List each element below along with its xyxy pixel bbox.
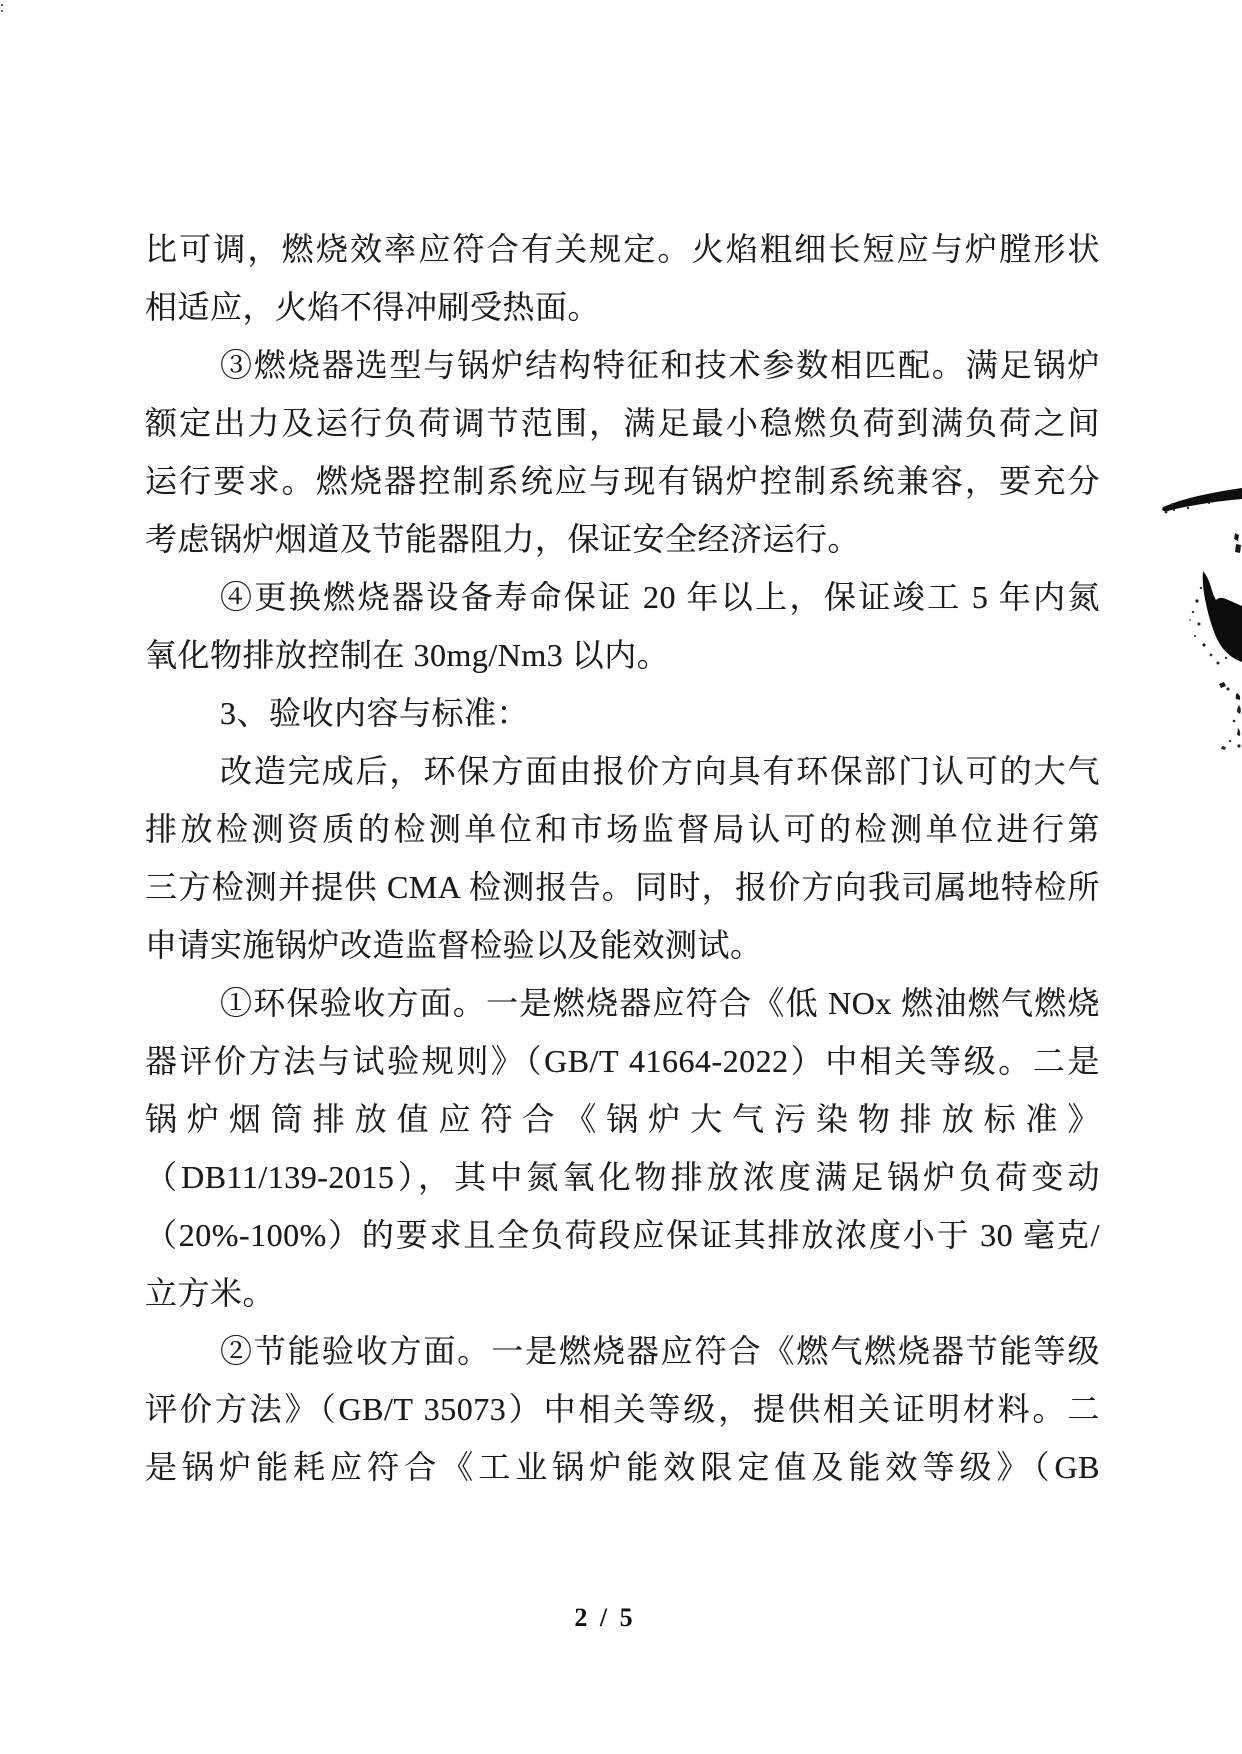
page-footer: 2 / 5 xyxy=(0,1603,1242,1633)
text-line-18: （20%-100%）的要求且全负荷段应保证其排放浓度小于 30 毫克/ xyxy=(145,1206,1100,1264)
text-line-5: 运行要求。燃烧器控制系统应与现有锅炉控制系统兼容，要充分 xyxy=(145,452,1100,510)
text-line-4: 额定出力及运行负荷调节范围，满足最小稳燃负荷到满负荷之间 xyxy=(145,394,1100,452)
text-line-22: 是锅炉能耗应符合《工业锅炉能效限定值及能效等级》（GB xyxy=(145,1438,1100,1496)
text-line-13: 申请实施锅炉改造监督检验以及能效测试。 xyxy=(145,916,1100,974)
text-line-11: 排放检测资质的检测单位和市场监督局认可的检测单位进行第 xyxy=(145,800,1100,858)
page-number: 2 / 5 xyxy=(574,1603,635,1633)
text-line-1: 比可调，燃烧效率应符合有关规定。火焰粗细长短应与炉膛形状 xyxy=(145,220,1100,278)
text-line-8: 氧化物排放控制在 30mg/Nm3 以内。 xyxy=(145,626,1100,684)
text-line-17: （DB11/139-2015），其中氮氧化物排放浓度满足锅炉负荷变动 xyxy=(145,1148,1100,1206)
scan-speck xyxy=(1,4,3,6)
document-body: 比可调，燃烧效率应符合有关规定。火焰粗细长短应与炉膛形状相适应，火焰不得冲刷受热… xyxy=(145,220,1100,1496)
text-line-21: 评价方法》（GB/T 35073）中相关等级，提供相关证明材料。二 xyxy=(145,1380,1100,1438)
scanned-document-page: 比可调，燃烧效率应符合有关规定。火焰粗细长短应与炉膛形状相适应，火焰不得冲刷受热… xyxy=(0,0,1242,1754)
text-line-16: 锅炉烟筒排放值应符合《锅炉大气污染物排放标准》 xyxy=(145,1090,1100,1148)
text-line-14: ①环保验收方面。一是燃烧器应符合《低 NOx 燃油燃气燃烧 xyxy=(145,974,1100,1032)
text-line-3: ③燃烧器选型与锅炉结构特征和技术参数相匹配。满足锅炉 xyxy=(145,336,1100,394)
text-line-20: ②节能验收方面。一是燃烧器应符合《燃气燃烧器节能等级 xyxy=(145,1322,1100,1380)
text-line-2: 相适应，火焰不得冲刷受热面。 xyxy=(145,278,1100,336)
text-line-12: 三方检测并提供 CMA 检测报告。同时，报价方向我司属地特检所 xyxy=(145,858,1100,916)
text-line-6: 考虑锅炉烟道及节能器阻力，保证安全经济运行。 xyxy=(145,510,1100,568)
text-line-10: 改造完成后，环保方面由报价方向具有环保部门认可的大气 xyxy=(145,742,1100,800)
text-line-15: 器评价方法与试验规则》（GB/T 41664-2022）中相关等级。二是 xyxy=(145,1032,1100,1090)
text-line-19: 立方米。 xyxy=(145,1264,1100,1322)
ink-smudge-artifacts xyxy=(1100,440,1242,760)
text-line-9: 3、验收内容与标准： xyxy=(145,684,1100,742)
text-line-7: ④更换燃烧器设备寿命保证 20 年以上，保证竣工 5 年内氮 xyxy=(145,568,1100,626)
